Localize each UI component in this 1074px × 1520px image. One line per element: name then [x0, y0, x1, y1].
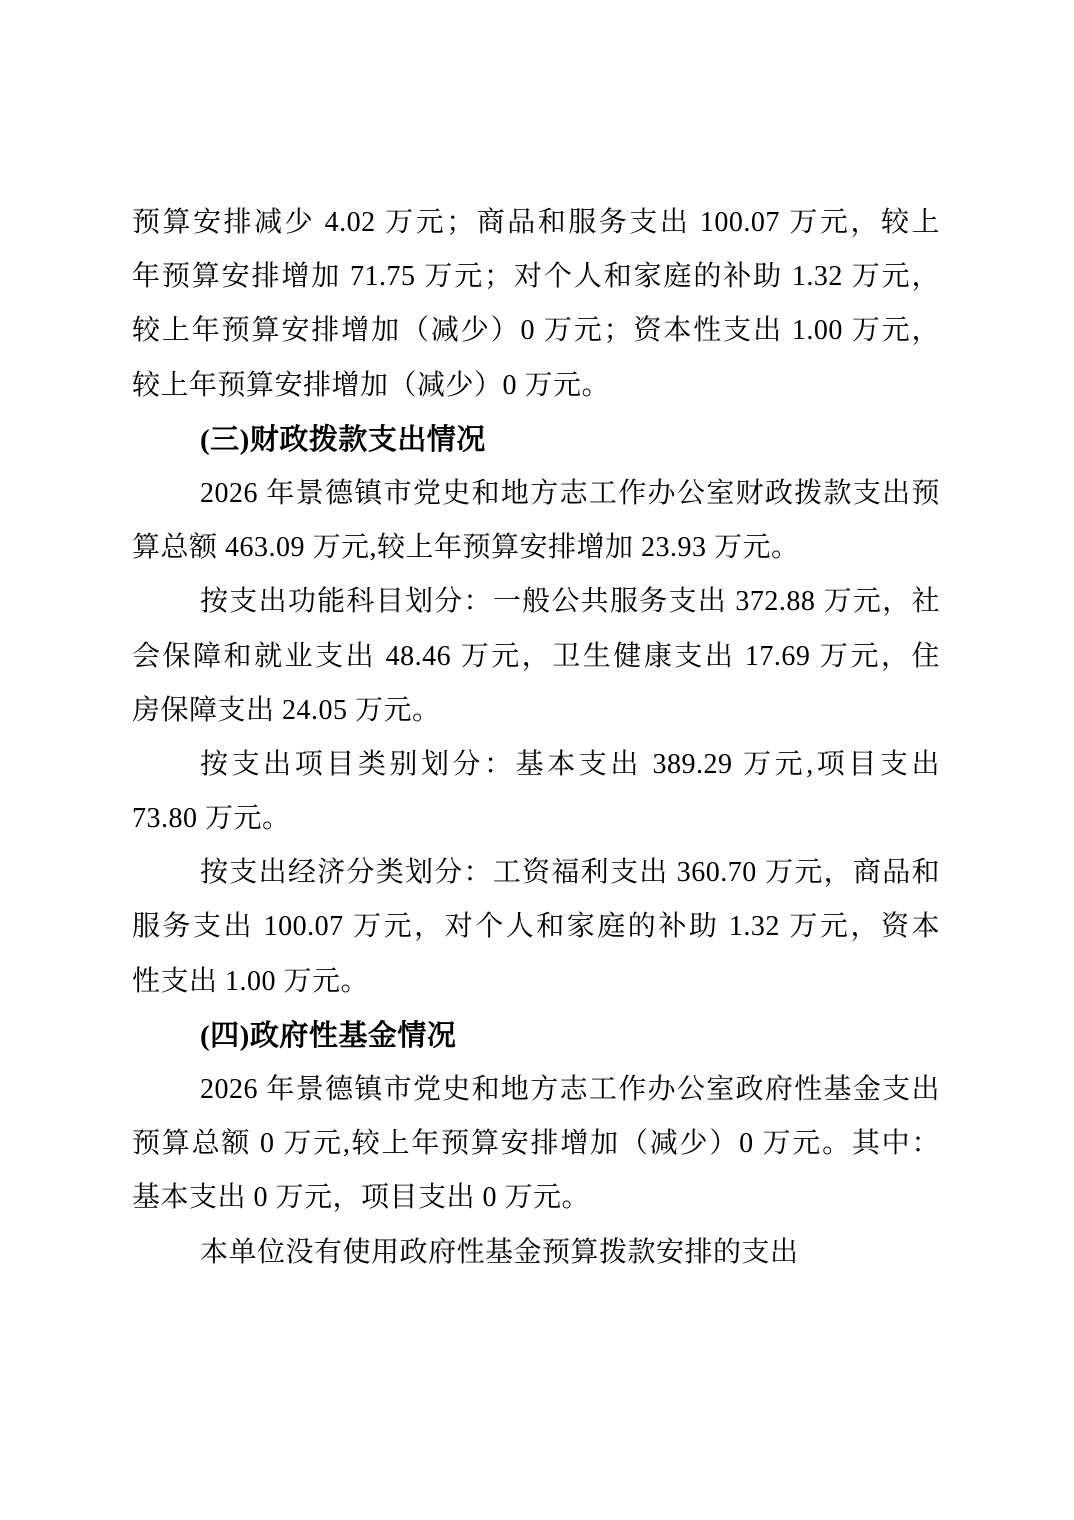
text-line: 房保障支出 24.05 万元。 — [132, 684, 940, 738]
text-line: 2026 年景德镇市党史和地方志工作办公室财政拨款支出预 — [132, 467, 940, 521]
document-page: 预算安排减少 4.02 万元；商品和服务支出 100.07 万元，较上年预算安排… — [0, 0, 1074, 1520]
text-line: 年预算安排增加 71.75 万元；对个人和家庭的补助 1.32 万元， — [132, 250, 940, 304]
text-line: 较上年预算安排增加（减少）0 万元。 — [132, 359, 940, 413]
text-line: 性支出 1.00 万元。 — [132, 955, 940, 1009]
text-line: 基本支出 0 万元，项目支出 0 万元。 — [132, 1171, 940, 1225]
text-line: 2026 年景德镇市党史和地方志工作办公室政府性基金支出 — [132, 1063, 940, 1117]
section-heading: (三)财政拨款支出情况 — [132, 413, 940, 467]
text-line: 本单位没有使用政府性基金预算拨款安排的支出 — [132, 1226, 940, 1280]
section-heading: (四)政府性基金情况 — [132, 1009, 940, 1063]
text-line: 算总额 463.09 万元,较上年预算安排增加 23.93 万元。 — [132, 521, 940, 575]
text-column: 预算安排减少 4.02 万元；商品和服务支出 100.07 万元，较上年预算安排… — [132, 196, 940, 1280]
text-line: 按支出项目类别划分：基本支出 389.29 万元,项目支出 — [132, 738, 940, 792]
text-line: 73.80 万元。 — [132, 792, 940, 846]
text-line: 预算总额 0 万元,较上年预算安排增加（减少）0 万元。其中： — [132, 1117, 940, 1171]
text-line: 会保障和就业支出 48.46 万元，卫生健康支出 17.69 万元，住 — [132, 630, 940, 684]
text-line: 较上年预算安排增加（减少）0 万元；资本性支出 1.00 万元， — [132, 304, 940, 358]
text-line: 预算安排减少 4.02 万元；商品和服务支出 100.07 万元，较上 — [132, 196, 940, 250]
text-line: 按支出经济分类划分：工资福利支出 360.70 万元，商品和 — [132, 846, 940, 900]
text-line: 服务支出 100.07 万元，对个人和家庭的补助 1.32 万元，资本 — [132, 900, 940, 954]
text-line: 按支出功能科目划分：一般公共服务支出 372.88 万元，社 — [132, 575, 940, 629]
